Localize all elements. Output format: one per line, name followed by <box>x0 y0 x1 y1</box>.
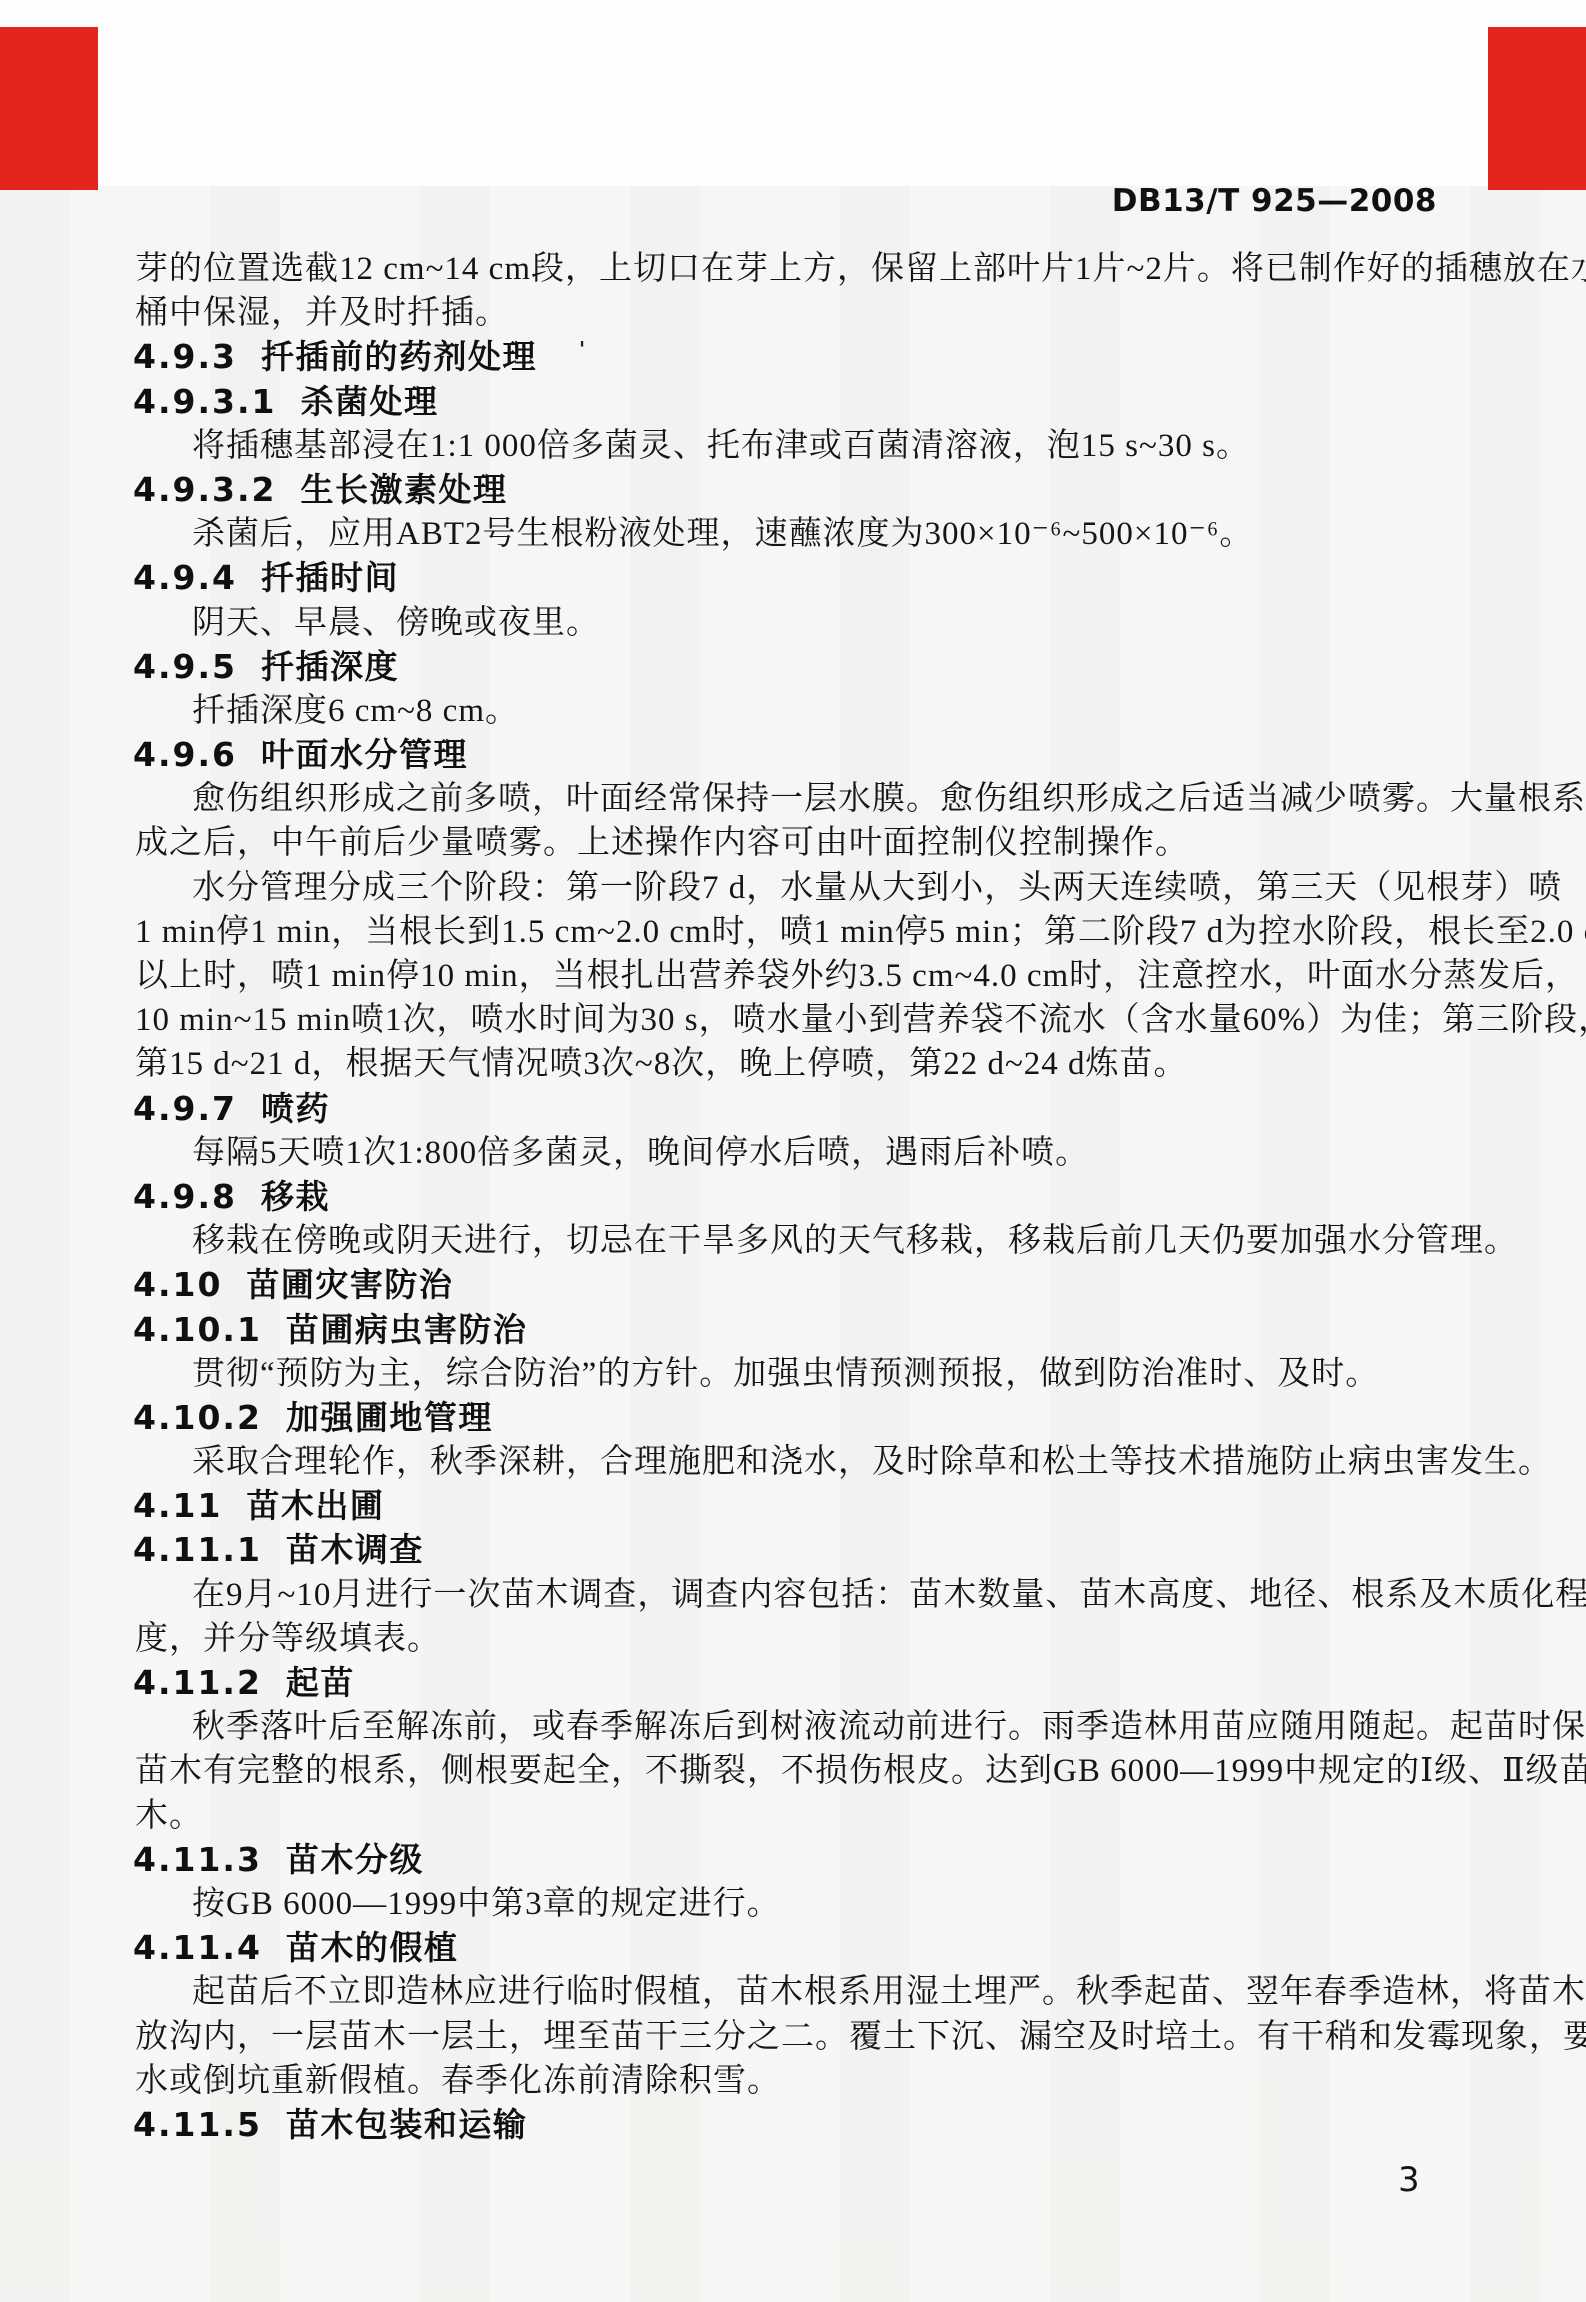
stray-scan-mark: ' <box>579 327 587 371</box>
body-line: 杀菌后，应用ABT2号生根粉液处理，速蘸浓度为300×10⁻⁶~500×10⁻⁶… <box>0 512 1586 556</box>
scanned-document-page: { "page": { "standard_number": "DB13/T 9… <box>0 0 1586 2302</box>
standard-number-header: DB13/T 925—2008 <box>1112 183 1437 219</box>
body-line: 每隔5天喷1次1:800倍多菌灵，晚间停水后喷，遇雨后补喷。 <box>0 1131 1586 1175</box>
body-line: 10 min~15 min喷1次，喷水时间为30 s，喷水量小到营养袋不流水（含… <box>0 998 1586 1042</box>
section-number: 4.9.3 <box>133 335 237 379</box>
section-number: 4.11 <box>133 1484 222 1528</box>
section-number: 4.10.2 <box>133 1396 262 1440</box>
section-number: 4.9.6 <box>133 733 237 777</box>
body-line: 度，并分等级填表。 <box>0 1617 1586 1661</box>
body-line: 阴天、早晨、傍晚或夜里。 <box>0 601 1586 645</box>
section-number: 4.11.3 <box>133 1838 262 1882</box>
section-heading: 4.11.2起苗 <box>0 1661 1586 1705</box>
body-line: 水或倒坑重新假植。春季化冻前清除积雪。 <box>0 2059 1586 2103</box>
body-line: 苗木有完整的根系，侧根要起全，不撕裂，不损伤根皮。达到GB 6000—1999中… <box>0 1749 1586 1793</box>
section-number: 4.9.5 <box>133 645 237 689</box>
body-line: 起苗后不立即造林应进行临时假植，苗木根系用湿土埋严。秋季起苗、翌年春季造林，将苗… <box>0 1970 1586 2014</box>
section-heading: 4.11.5苗木包装和运输 <box>0 2103 1586 2147</box>
body-line: 以上时，喷1 min停10 min，当根扎出营养袋外约3.5 cm~4.0 cm… <box>0 954 1586 998</box>
section-title: 苗圃灾害防治 <box>246 1265 453 1304</box>
section-title: 杀菌处理 <box>300 382 438 421</box>
body-line: 木。 <box>0 1794 1586 1838</box>
section-heading: 4.9.3.1杀菌处理 <box>0 380 1586 424</box>
scan-background-top <box>0 0 1586 186</box>
section-number: 4.10.1 <box>133 1308 262 1352</box>
body-line: 桶中保湿，并及时扦插。 <box>0 291 1586 335</box>
body-line: 移栽在傍晚或阴天进行，切忌在干旱多风的天气移栽，移栽后前几天仍要加强水分管理。 <box>0 1219 1586 1263</box>
section-heading: 4.9.5扦插深度 <box>0 645 1586 689</box>
section-number: 4.11.1 <box>133 1528 262 1572</box>
section-heading: 4.11苗木出圃 <box>0 1484 1586 1528</box>
section-number: 4.11.5 <box>133 2103 262 2147</box>
body-line: 愈伤组织形成之前多喷，叶面经常保持一层水膜。愈伤组织形成之后适当减少喷雾。大量根… <box>0 777 1586 821</box>
body-line: 放沟内，一层苗木一层土，埋至苗干三分之二。覆土下沉、漏空及时培土。有干稍和发霉现… <box>0 2015 1586 2059</box>
section-title: 扦插前的药剂处理 <box>261 337 537 376</box>
body-line: 按GB 6000—1999中第3章的规定进行。 <box>0 1882 1586 1926</box>
body-line: 采取合理轮作，秋季深耕，合理施肥和浇水，及时除草和松土等技术措施防止病虫害发生。 <box>0 1440 1586 1484</box>
body-line: 芽的位置选截12 cm~14 cm段，上切口在芽上方，保留上部叶片1片~2片。将… <box>0 247 1586 291</box>
body-line: 扦插深度6 cm~8 cm。 <box>0 689 1586 733</box>
section-title: 移栽 <box>261 1177 330 1216</box>
section-heading: 4.9.4扦插时间 <box>0 556 1586 600</box>
section-title: 苗圃病虫害防治 <box>286 1310 528 1349</box>
section-number: 4.9.7 <box>133 1087 237 1131</box>
section-number: 4.9.4 <box>133 556 237 600</box>
section-title: 扦插时间 <box>261 558 399 597</box>
section-title: 喷药 <box>261 1089 330 1128</box>
section-title: 苗木出圃 <box>246 1486 384 1525</box>
body-line: 水分管理分成三个阶段：第一阶段7 d，水量从大到小，头两天连续喷，第三天（见根芽… <box>0 866 1586 910</box>
section-title: 起苗 <box>286 1663 355 1702</box>
section-heading: 4.11.4苗木的假植 <box>0 1926 1586 1970</box>
section-heading: 4.11.3苗木分级 <box>0 1838 1586 1882</box>
section-heading: 4.9.3扦插前的药剂处理' <box>0 335 1586 379</box>
section-heading: 4.11.1苗木调查 <box>0 1528 1586 1572</box>
body-line: 第15 d~21 d，根据天气情况喷3次~8次，晚上停喷，第22 d~24 d炼… <box>0 1042 1586 1086</box>
section-title: 苗木分级 <box>286 1840 424 1879</box>
body-line: 成之后，中午前后少量喷雾。上述操作内容可由叶面控制仪控制操作。 <box>0 821 1586 865</box>
section-number: 4.9.3.2 <box>133 468 276 512</box>
section-title: 苗木调查 <box>286 1530 424 1569</box>
body-line: 贯彻“预防为主，综合防治”的方针。加强虫情预测预报，做到防治准时、及时。 <box>0 1352 1586 1396</box>
section-title: 叶面水分管理 <box>261 735 468 774</box>
body-line: 1 min停1 min，当根长到1.5 cm~2.0 cm时，喷1 min停5 … <box>0 910 1586 954</box>
section-number: 4.10 <box>133 1263 222 1307</box>
section-heading: 4.10.1苗圃病虫害防治 <box>0 1308 1586 1352</box>
page-number: 3 <box>1398 2160 1420 2200</box>
red-corner-mark-left <box>0 27 98 190</box>
section-heading: 4.10.2加强圃地管理 <box>0 1396 1586 1440</box>
section-title: 生长激素处理 <box>300 470 507 509</box>
section-number: 4.9.8 <box>133 1175 237 1219</box>
section-title: 苗木的假植 <box>286 1928 459 1967</box>
section-number: 4.9.3.1 <box>133 380 276 424</box>
body-line: 秋季落叶后至解冻前，或春季解冻后到树液流动前进行。雨季造林用苗应随用随起。起苗时… <box>0 1705 1586 1749</box>
section-heading: 4.10苗圃灾害防治 <box>0 1263 1586 1307</box>
section-number: 4.11.4 <box>133 1926 262 1970</box>
section-title: 加强圃地管理 <box>286 1398 493 1437</box>
section-title: 扦插深度 <box>261 647 399 686</box>
section-heading: 4.9.3.2生长激素处理 <box>0 468 1586 512</box>
document-body: 芽的位置选截12 cm~14 cm段，上切口在芽上方，保留上部叶片1片~2片。将… <box>0 247 1586 2147</box>
section-heading: 4.9.7喷药 <box>0 1087 1586 1131</box>
body-line: 将插穗基部浸在1:1 000倍多菌灵、托布津或百菌清溶液，泡15 s~30 s。 <box>0 424 1586 468</box>
red-corner-mark-right <box>1488 27 1586 190</box>
section-number: 4.11.2 <box>133 1661 262 1705</box>
section-heading: 4.9.8移栽 <box>0 1175 1586 1219</box>
body-line: 在9月~10月进行一次苗木调查，调查内容包括：苗木数量、苗木高度、地径、根系及木… <box>0 1573 1586 1617</box>
section-title: 苗木包装和运输 <box>286 2105 528 2144</box>
section-heading: 4.9.6叶面水分管理 <box>0 733 1586 777</box>
